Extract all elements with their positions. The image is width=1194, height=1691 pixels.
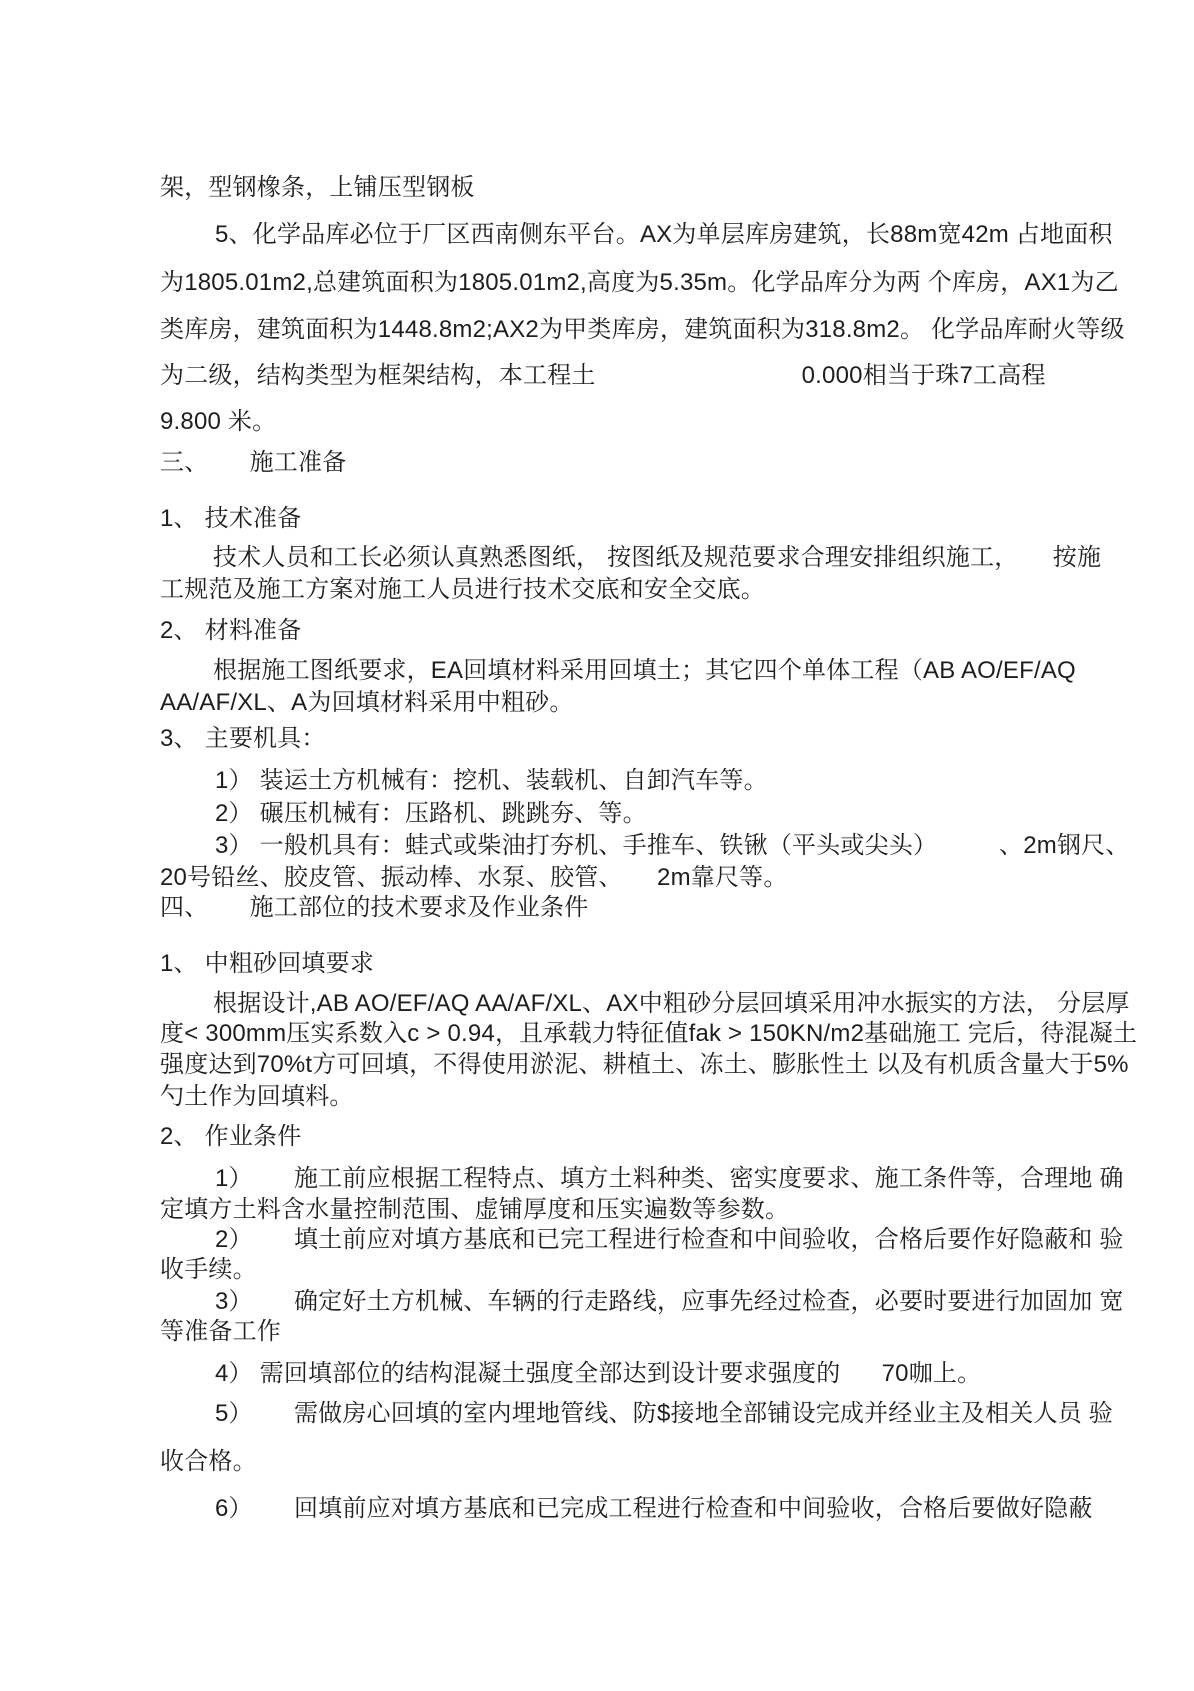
heading-section-4: 四、 施工部位的技术要求及作业条件 [160,893,588,923]
list-item: 6） 回填前应对填方基底和已完成工程进行检查和中间验收，合格后要做好隐蔽 [215,1494,1093,1524]
text-line: 类库房，建筑面积为1448.8m2;AX2为甲类库房，建筑面积为318.8m2。… [160,315,1125,345]
text-line: 技术人员和工长必须认真熟悉图纸， 按图纸及规范要求合理安排组织施工， 按施 [213,543,1101,573]
text-line: 工规范及施工方案对施工人员进行技术交底和安全交底。 [160,575,765,605]
text-line: 20号铅丝、胶皮管、振动棒、水泵、胶管、 2m靠尺等。 [160,863,788,893]
text-line: 为1805.01m2,总建筑面积为1805.01m2,高度为5.35m。化学品库… [160,268,1119,298]
text-line: 9.800 米。 [160,407,276,437]
list-item: 5） 需做房心回填的室内埋地管线、防$接地全部铺设完成并经业主及相关人员 验 [215,1399,1113,1429]
text-line: 5、化学品库必位于厂区西南侧东平台。AX为单层库房建筑，长88m宽42m 占地面… [215,220,1113,250]
list-item: 2） 填土前应对填方基底和已完工程进行检查和中间验收，合格后要作好隐蔽和 验 [215,1225,1124,1255]
text-line: 定填方土料含水量控制范围、虚铺厚度和压实遍数等参数。 [160,1195,789,1225]
text-line: 收手续。 [160,1255,257,1285]
list-item: 1） 装运土方机械有：挖机、装载机、自卸汽车等。 [215,766,768,796]
text-line: 度< 300mm压实系数入c > 0.94，且承载力特征值fak > 150KN… [160,1019,1137,1049]
list-item: 1） 施工前应根据工程特点、填方土料种类、密实度要求、施工条件等，合理地 确 [215,1164,1124,1194]
list-item: 3） 确定好土方机械、车辆的行走路线，应事先经过检查，必要时要进行加固加 宽 [215,1287,1124,1317]
document-page: 架，型钢橡条，上铺压型钢板 5、化学品库必位于厂区西南侧东平台。AX为单层库房建… [0,0,1194,1691]
text-line: 等准备工作 [160,1317,281,1347]
text-line: 根据设计,AB AO/EF/AQ AA/AF/XL、AX中粗砂分层回填采用冲水振… [213,989,1130,1019]
text-line: 收合格。 [160,1447,257,1477]
text-line: 为二级，结构类型为框架结构，本工程土 0.000相当于珠7工高程 [160,361,1046,391]
text-line: 架，型钢橡条，上铺压型钢板 [160,173,475,203]
list-item: 3） 一般机具有：蛙式或柴油打夯机、手推车、铁锹（平头或尖头） 、2m钢尺、 [215,831,1130,861]
text-line: 根据施工图纸要求，EA回填材料采用回填土；其它四个单体工程（AB AO/EF/A… [213,656,1076,686]
text-line: 强度达到70%t方可回填，不得使用淤泥、耕植土、冻土、膨胀性土 以及有机质含量大… [160,1050,1129,1080]
heading-material-prep: 2、 材料准备 [160,616,301,646]
heading-work-conditions: 2、 作业条件 [160,1122,301,1152]
heading-main-tools: 3、 主要机具： [160,724,326,754]
text-line: 勺土作为回填料。 [160,1082,354,1112]
heading-tech-prep: 1、 技术准备 [160,504,301,534]
text-line: AA/AF/XL、A为回填材料采用中粗砂。 [160,688,574,718]
list-item: 4） 需回填部位的结构混凝土强度全部达到设计要求强度的 70咖上。 [215,1359,981,1389]
heading-sand-backfill: 1、 中粗砂回填要求 [160,949,374,979]
heading-section-3: 三、 施工准备 [160,448,346,478]
list-item: 2） 碾压机械有：压路机、跳跳夯、等。 [215,799,647,829]
